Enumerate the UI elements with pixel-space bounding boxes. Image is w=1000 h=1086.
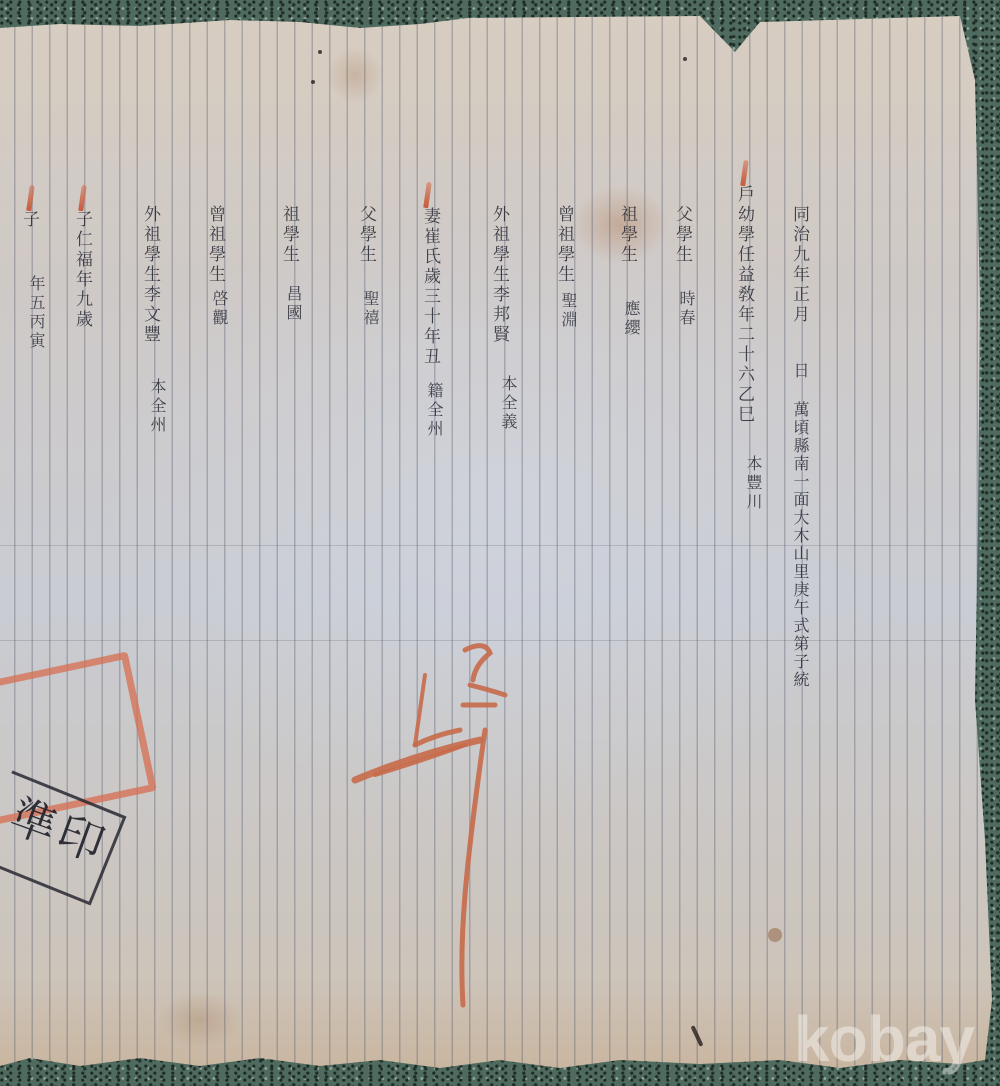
maternal-grandfather-origin: 本全義 <box>497 375 520 432</box>
column-grandfather: 祖學生 <box>618 205 635 265</box>
column-date-line: 同治九年正月 <box>790 205 807 325</box>
column-date-line-tail: 日 萬頃縣南一面大木山里庚午式第子統 <box>792 362 808 689</box>
document-paper: 同治九年正月 日 萬頃縣南一面大木山里庚午式第子統 戶幼學任益敎年二十六乙巳 本… <box>0 0 1000 1086</box>
paper-spot <box>683 57 687 61</box>
fold-crease <box>0 545 980 546</box>
column-great-grandfather: 曾祖學生 <box>555 205 572 285</box>
column-wife: 妻崔氏歲三十年丑 <box>421 207 438 367</box>
column-wife-grandfather: 祖學生 <box>280 205 297 265</box>
wife-origin: 籍全州 <box>423 382 446 439</box>
red-signature-mark <box>345 635 525 1025</box>
watermark-logo: kobay <box>794 1002 974 1076</box>
column-head-of-household: 戶幼學任益敎年二十六乙巳 <box>735 185 752 425</box>
father-name: 時春 <box>675 290 698 328</box>
column-father: 父學生 <box>673 205 690 265</box>
column-son-1: 子仁福年九歲 <box>73 210 90 330</box>
column-son-2: 子 <box>20 210 37 230</box>
wife-father-name: 聖禧 <box>359 290 382 328</box>
paper-spot <box>318 50 322 54</box>
wife-grandfather-name: 昌國 <box>282 285 305 323</box>
wife-great-grandfather-name: 啓觀 <box>208 290 231 328</box>
grandfather-name: 應纓 <box>620 300 643 338</box>
son-2-age: 年五丙寅 <box>25 275 48 351</box>
column-maternal-grandfather: 外祖學生李邦賢 <box>490 205 507 345</box>
column-wife-great-grandfather: 曾祖學生 <box>206 205 223 285</box>
wife-maternal-grandfather-origin: 本全州 <box>146 378 169 435</box>
column-wife-maternal-grandfather: 外祖學生李文豐 <box>141 205 158 345</box>
column-wife-father: 父學生 <box>357 205 374 265</box>
column-head-origin: 本豐川 <box>742 455 765 512</box>
paper-spot <box>311 80 315 84</box>
paper-stain <box>768 928 782 942</box>
great-grandfather-name: 聖淵 <box>557 292 580 330</box>
